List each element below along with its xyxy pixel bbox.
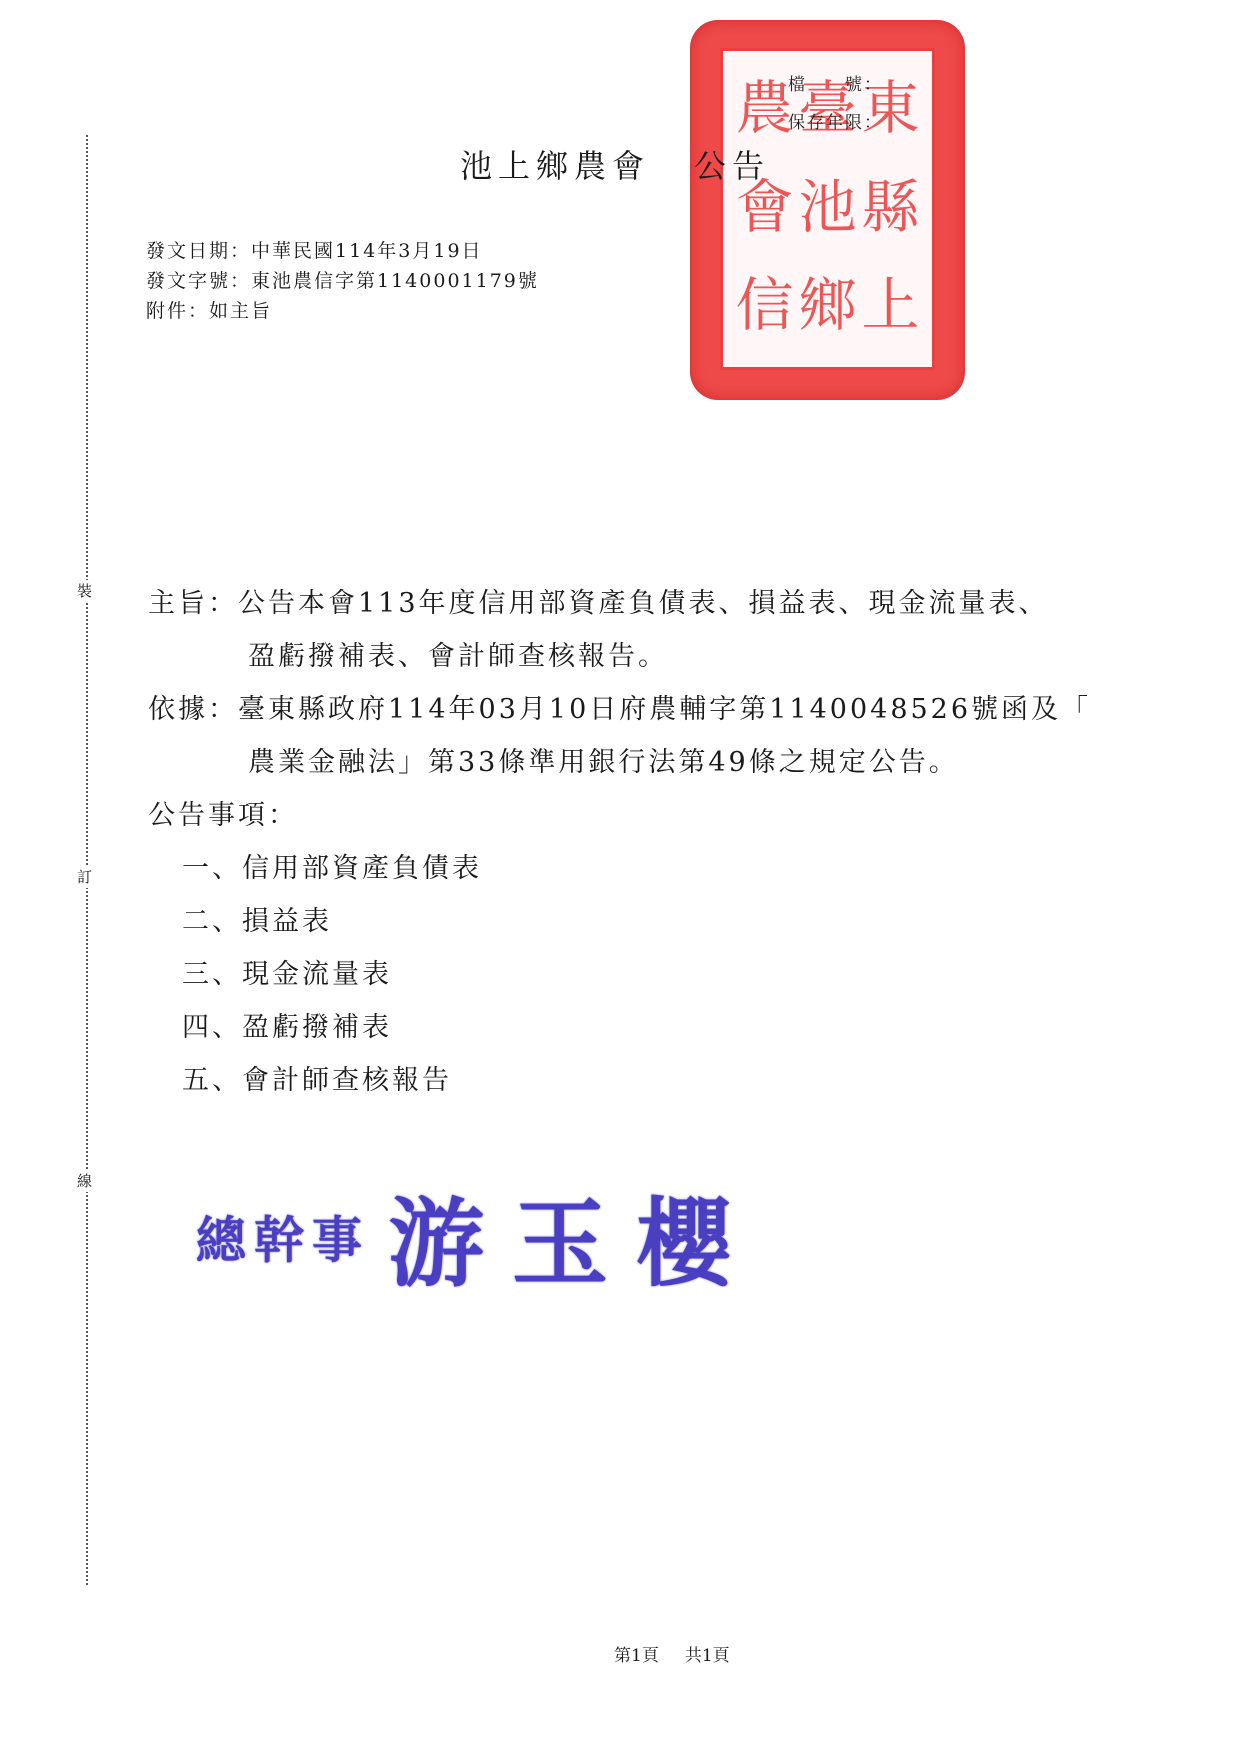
signature-title: 總幹事	[196, 1211, 370, 1270]
list-item: 一、信用部資產負債表	[148, 842, 1128, 895]
signature-stamp: 總幹事游玉櫻	[196, 1168, 760, 1305]
binding-mark-zhuang: 裝	[77, 580, 92, 602]
list-item: 五、會計師查核報告	[148, 1054, 1128, 1107]
issue-date: 發文日期：中華民國114年3月19日	[146, 236, 539, 266]
issue-number: 發文字號：東池農信字第1140001179號	[146, 266, 539, 296]
list-item: 三、現金流量表	[148, 948, 1128, 1001]
subject-line-1: 主旨：公告本會113年度信用部資產負債表、損益表、現金流量表、	[148, 577, 1128, 630]
binding-dotted-line	[86, 135, 88, 1585]
basis-line-1: 依據：臺東縣政府114年03月10日府農輔字第1140048526號函及「	[148, 683, 1128, 736]
seal-char: 縣	[859, 160, 922, 259]
page-footer: 第1頁共1頁	[614, 1641, 730, 1666]
signature-name: 游玉櫻	[388, 1187, 760, 1300]
attachment: 附件：如主旨	[146, 296, 539, 326]
seal-char: 池	[796, 160, 859, 259]
retention-period-label: 保存年限：	[788, 108, 883, 133]
organization-name: 池上鄉農會	[460, 147, 650, 185]
seal-char: 信	[733, 258, 796, 357]
items-heading: 公告事項：	[148, 789, 1128, 842]
document-body: 主旨：公告本會113年度信用部資產負債表、損益表、現金流量表、 盈虧撥補表、會計…	[148, 577, 1128, 1107]
file-number-label: 檔 號：	[788, 70, 883, 95]
document-type: 公告	[694, 147, 770, 185]
seal-inner-frame: 農 臺 東 會 池 縣 信 鄉 上	[720, 48, 935, 370]
basis-line-2: 農業金融法」第33條準用銀行法第49條之規定公告。	[148, 736, 1128, 789]
page-total: 共1頁	[685, 1646, 730, 1666]
seal-characters: 農 臺 東 會 池 縣 信 鄉 上	[733, 61, 922, 357]
seal-char: 鄉	[796, 258, 859, 357]
binding-mark-ding: 訂	[77, 866, 92, 888]
seal-char: 上	[859, 258, 922, 357]
binding-mark-xian: 線	[77, 1170, 92, 1192]
list-item: 二、損益表	[148, 895, 1128, 948]
document-meta: 發文日期：中華民國114年3月19日 發文字號：東池農信字第1140001179…	[146, 236, 539, 326]
page-current: 第1頁	[614, 1646, 659, 1666]
subject-line-2: 盈虧撥補表、會計師查核報告。	[148, 630, 1128, 683]
document-title: 池上鄉農會公告	[460, 141, 770, 187]
list-item: 四、盈虧撥補表	[148, 1001, 1128, 1054]
